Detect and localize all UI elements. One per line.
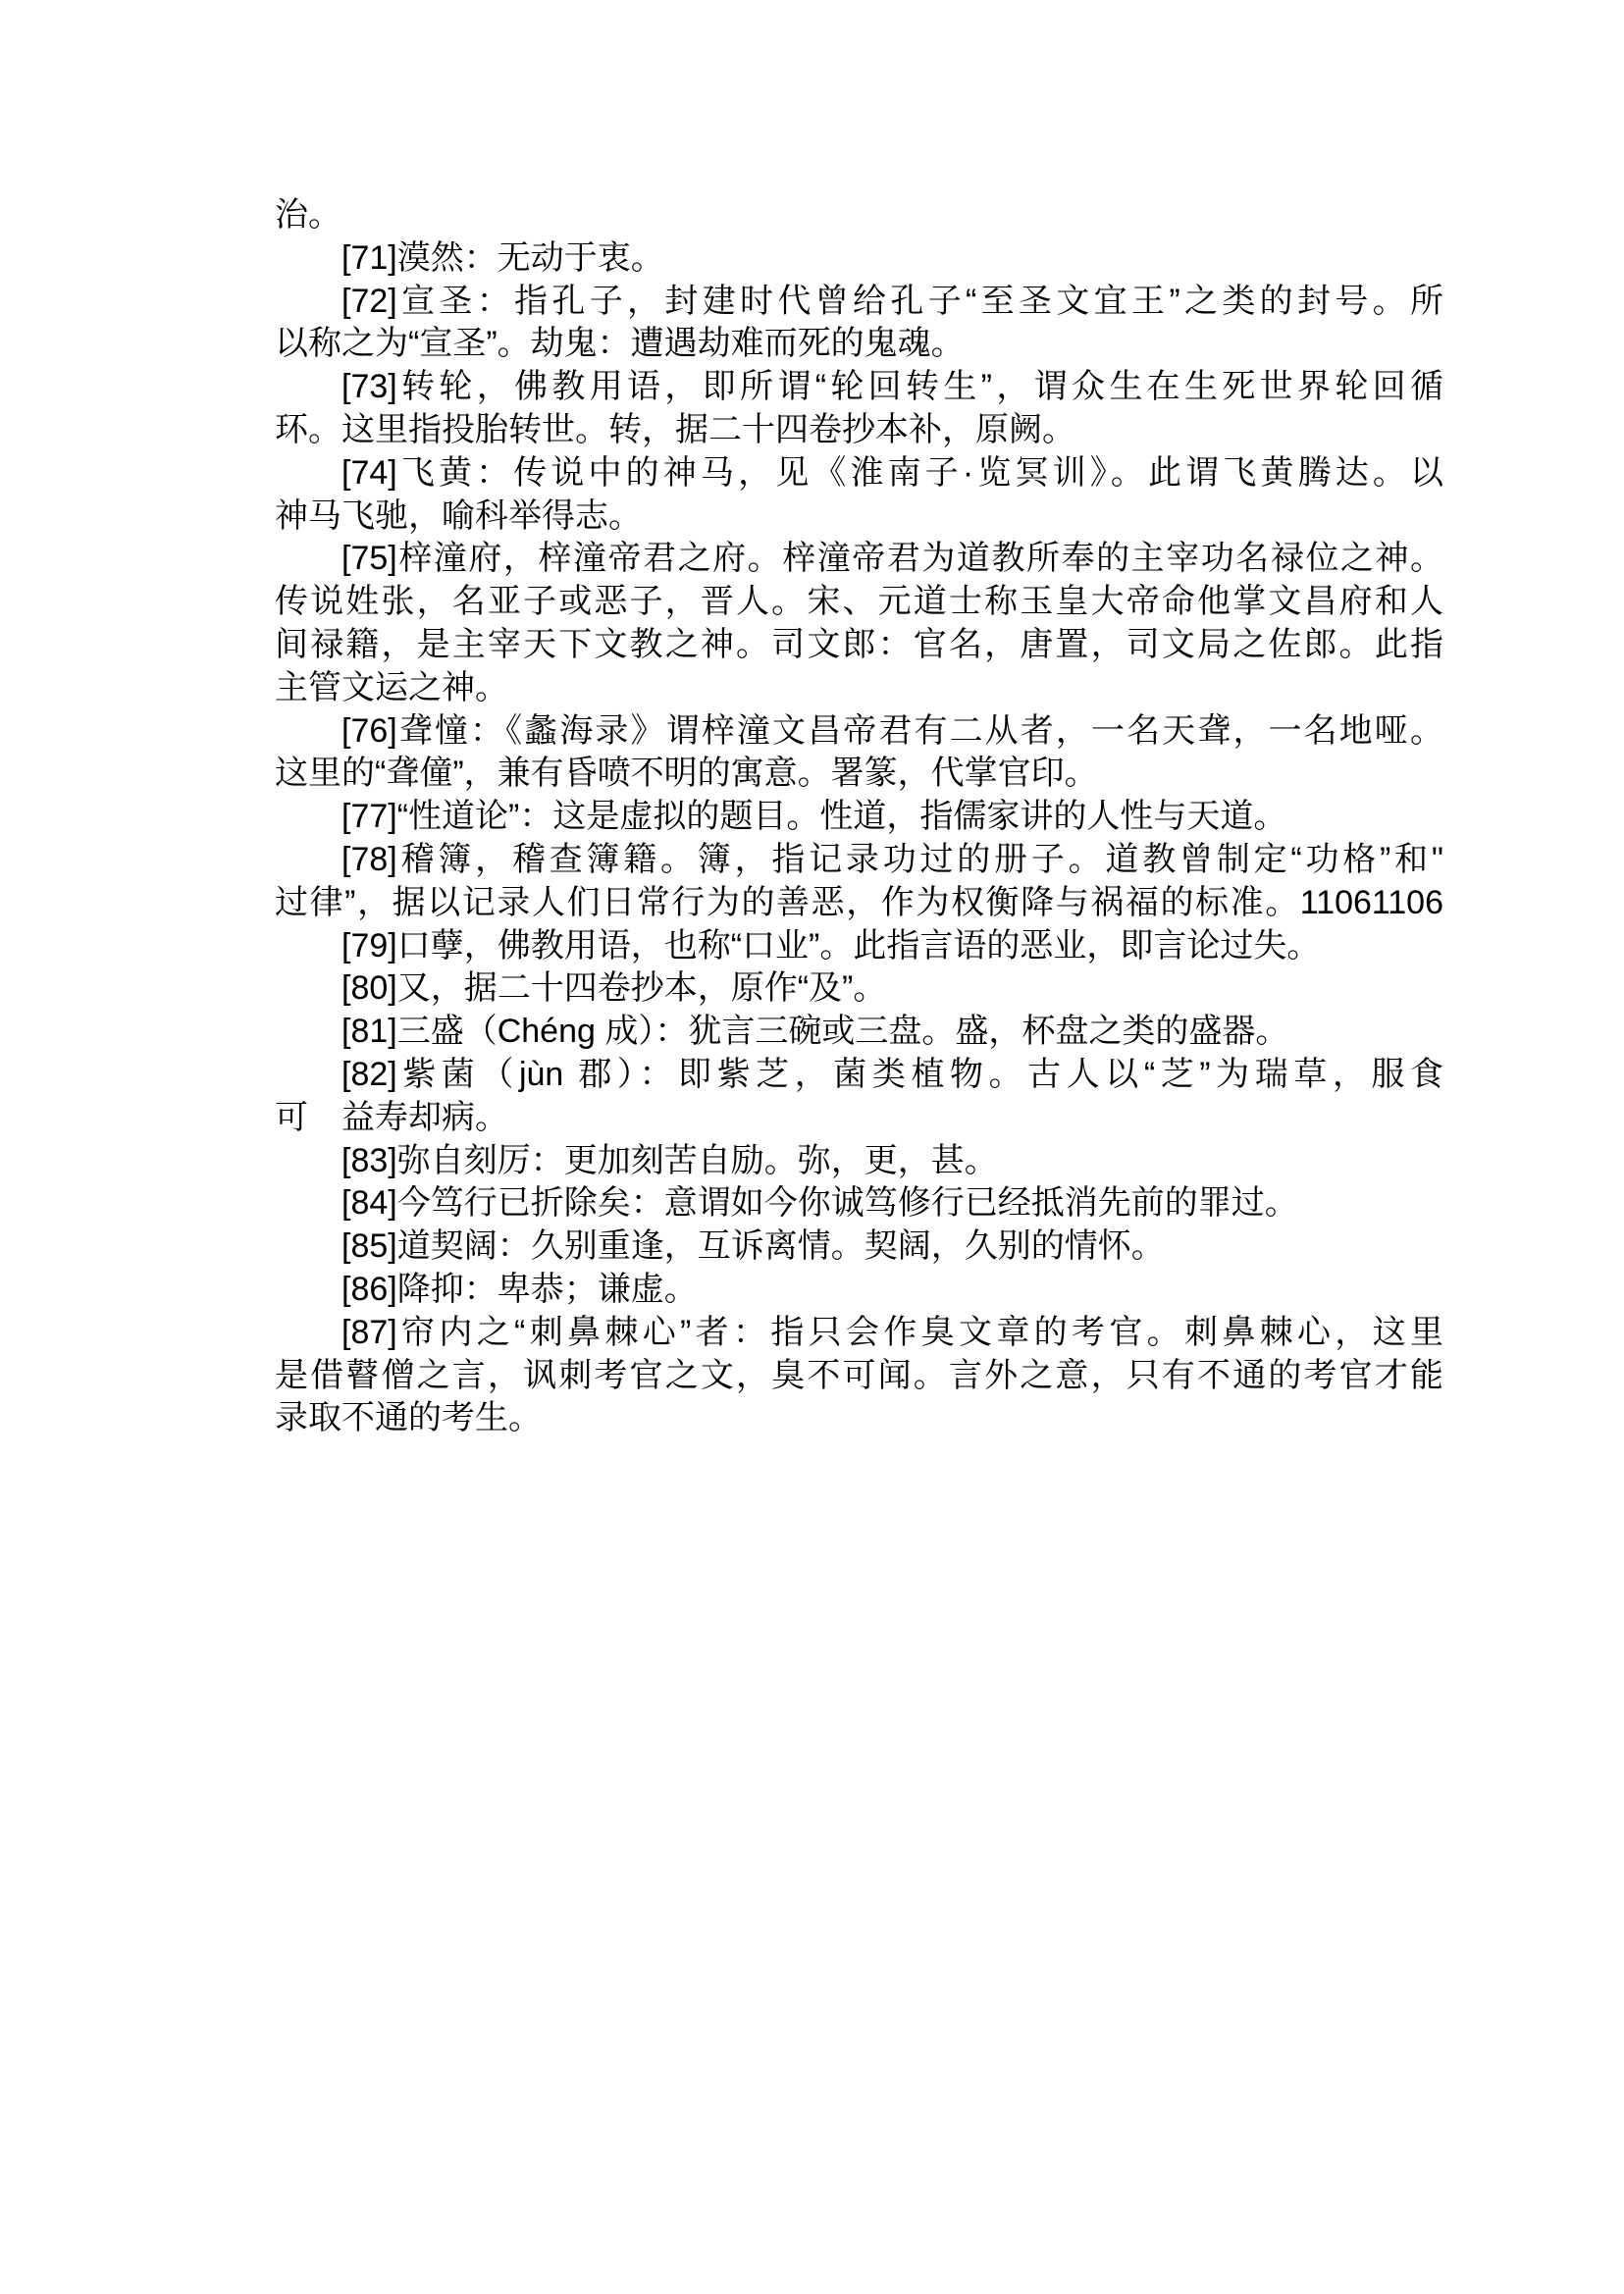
annotation-78-line-1: [78]稽簿，稽查簿籍。簿，指记录功过的册子。道教曾制定“功格”和" — [275, 839, 1443, 882]
annotation-87-line-1: [87]帘内之“刺鼻棘心”者：指只会作臭文章的考官。刺鼻棘心，这里 — [275, 1312, 1443, 1355]
annotation-74-line-2: 神马飞驰，喻科举得志。 — [275, 495, 1443, 539]
annotation-81-line-1: [81]三盛（Chéng 成）：犹言三碗或三盘。盛，杯盘之类的盛器。 — [275, 1011, 1443, 1054]
document-page: 治。 [71]漠然：无动于衷。 [72]宣圣：指孔子，封建时代曾给孔子“至圣文宜… — [0, 0, 1624, 2294]
annotation-73-line-2: 环。这里指投胎转世。转，据二十四卷抄本补，原阙。 — [275, 409, 1443, 452]
annotation-77-line-1: [77]“性道论”：这是虚拟的题目。性道，指儒家讲的人性与天道。 — [275, 796, 1443, 839]
annotation-83-line-1: [83]弥自刻厉：更加刻苦自励。弥，更，甚。 — [275, 1140, 1443, 1183]
annotation-76-line-1: [76]聋憧：《蠡海录》谓梓潼文昌帝君有二从者，一名天聋，一名地哑。 — [275, 710, 1443, 754]
annotation-75-line-2: 传说姓张，名亚子或恶子，晋人。宋、元道士称玉皇大帝命他掌文昌府和人 — [275, 581, 1443, 624]
annotation-75-line-3: 间禄籍，是主宰天下文教之神。司文郎：官名，唐置，司文局之佐郎。此指 — [275, 624, 1443, 667]
annotation-72-line-2: 以称之为“宣圣”。劫鬼：遭遇劫难而死的鬼魂。 — [275, 323, 1443, 366]
annotation-75-line-4: 主管文运之神。 — [275, 667, 1443, 710]
annotation-75-line-1: [75]梓潼府，梓潼帝君之府。梓潼帝君为道教所奉的主宰功名禄位之神。 — [275, 538, 1443, 581]
annotation-79-line-1: [79]口孽，佛教用语，也称“口业”。此指言语的恶业，即言论过失。 — [275, 925, 1443, 968]
annotation-87-line-3: 录取不通的考生。 — [275, 1397, 1443, 1440]
annotation-76-line-2: 这里的“聋僮”，兼有昏喷不明的寓意。署篆，代掌官印。 — [275, 753, 1443, 796]
annotation-80-line-1: [80]又，据二十四卷抄本，原作“及”。 — [275, 967, 1443, 1011]
annotation-74-line-1: [74]飞黄：传说中的神马，见《淮南子·览冥训》。此谓飞黄腾达。以 — [275, 452, 1443, 495]
annotation-84-line-1: [84]今笃行已折除矣：意谓如今你诚笃修行已经抵消先前的罪过。 — [275, 1182, 1443, 1225]
annotation-82-line-1: [82]紫菌（jùn 郡）：即紫芝，菌类植物。古人以“芝”为瑞草，服食 — [275, 1054, 1443, 1097]
text-line-paragraph-tail: 治。 — [275, 194, 1443, 237]
annotation-78-line-2: 过律”，据以记录人们日常行为的善恶，作为权衡降与祸福的标准。11061106 — [275, 882, 1443, 925]
annotation-85-line-1: [85]道契阔：久别重逢，互诉离情。契阔，久别的情怀。 — [275, 1225, 1443, 1269]
annotation-72-line-1: [72]宣圣：指孔子，封建时代曾给孔子“至圣文宜王”之类的封号。所 — [275, 281, 1443, 324]
annotation-82-line-2: 可 益寿却病。 — [275, 1097, 1443, 1140]
annotation-73-line-1: [73]转轮，佛教用语，即所谓“轮回转生”，谓众生在生死世界轮回循 — [275, 366, 1443, 409]
annotation-86-line-1: [86]降抑：卑恭；谦虚。 — [275, 1269, 1443, 1312]
annotations-text-block: 治。 [71]漠然：无动于衷。 [72]宣圣：指孔子，封建时代曾给孔子“至圣文宜… — [275, 194, 1443, 1440]
annotation-71-line-1: [71]漠然：无动于衷。 — [275, 237, 1443, 281]
annotation-87-line-2: 是借瞽僧之言，讽刺考官之文，臭不可闻。言外之意，只有不通的考官才能 — [275, 1355, 1443, 1398]
